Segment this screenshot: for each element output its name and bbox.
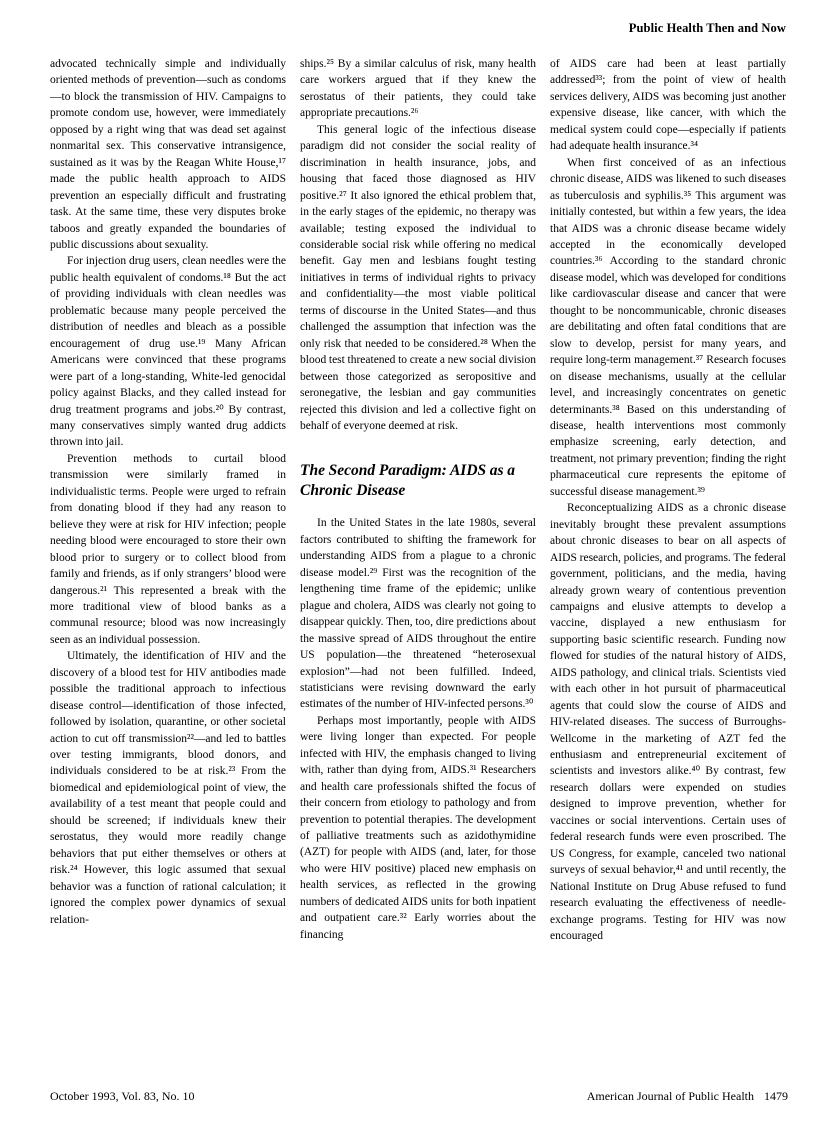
- page-footer: October 1993, Vol. 83, No. 10 American J…: [50, 1089, 788, 1104]
- paragraph: Ultimately, the identification of HIV an…: [50, 648, 286, 928]
- footer-journal-name: American Journal of Public Health: [587, 1089, 754, 1103]
- section-heading: The Second Paradigm: AIDS as a Chronic D…: [300, 461, 536, 501]
- column-2: ships.²⁵ By a similar calculus of risk, …: [300, 56, 536, 1074]
- paragraph: Prevention methods to curtail blood tran…: [50, 451, 286, 648]
- column-3: of AIDS care had been at least partially…: [550, 56, 786, 1074]
- paragraph: This general logic of the infectious dis…: [300, 122, 536, 435]
- paragraph: Reconceptualizing AIDS as a chronic dise…: [550, 500, 786, 944]
- paragraph: In the United States in the late 1980s, …: [300, 515, 536, 712]
- footer-issue-info: October 1993, Vol. 83, No. 10: [50, 1089, 195, 1104]
- running-head: Public Health Then and Now: [50, 21, 786, 36]
- paragraph: Perhaps most importantly, people with AI…: [300, 713, 536, 943]
- footer-page-number: 1479: [764, 1089, 788, 1103]
- paragraph: For injection drug users, clean needles …: [50, 253, 286, 450]
- footer-journal-block: American Journal of Public Health1479: [587, 1089, 788, 1104]
- paragraph: When first conceived of as an infectious…: [550, 155, 786, 501]
- paragraph: ships.²⁵ By a similar calculus of risk, …: [300, 56, 536, 122]
- paragraph: of AIDS care had been at least partially…: [550, 56, 786, 155]
- running-head-title: Public Health Then and Now: [629, 21, 786, 35]
- paragraph: advocated technically simple and individ…: [50, 56, 286, 253]
- article-columns: advocated technically simple and individ…: [50, 56, 786, 1074]
- journal-page: Public Health Then and Now advocated tec…: [0, 0, 816, 1130]
- column-1: advocated technically simple and individ…: [50, 56, 286, 1074]
